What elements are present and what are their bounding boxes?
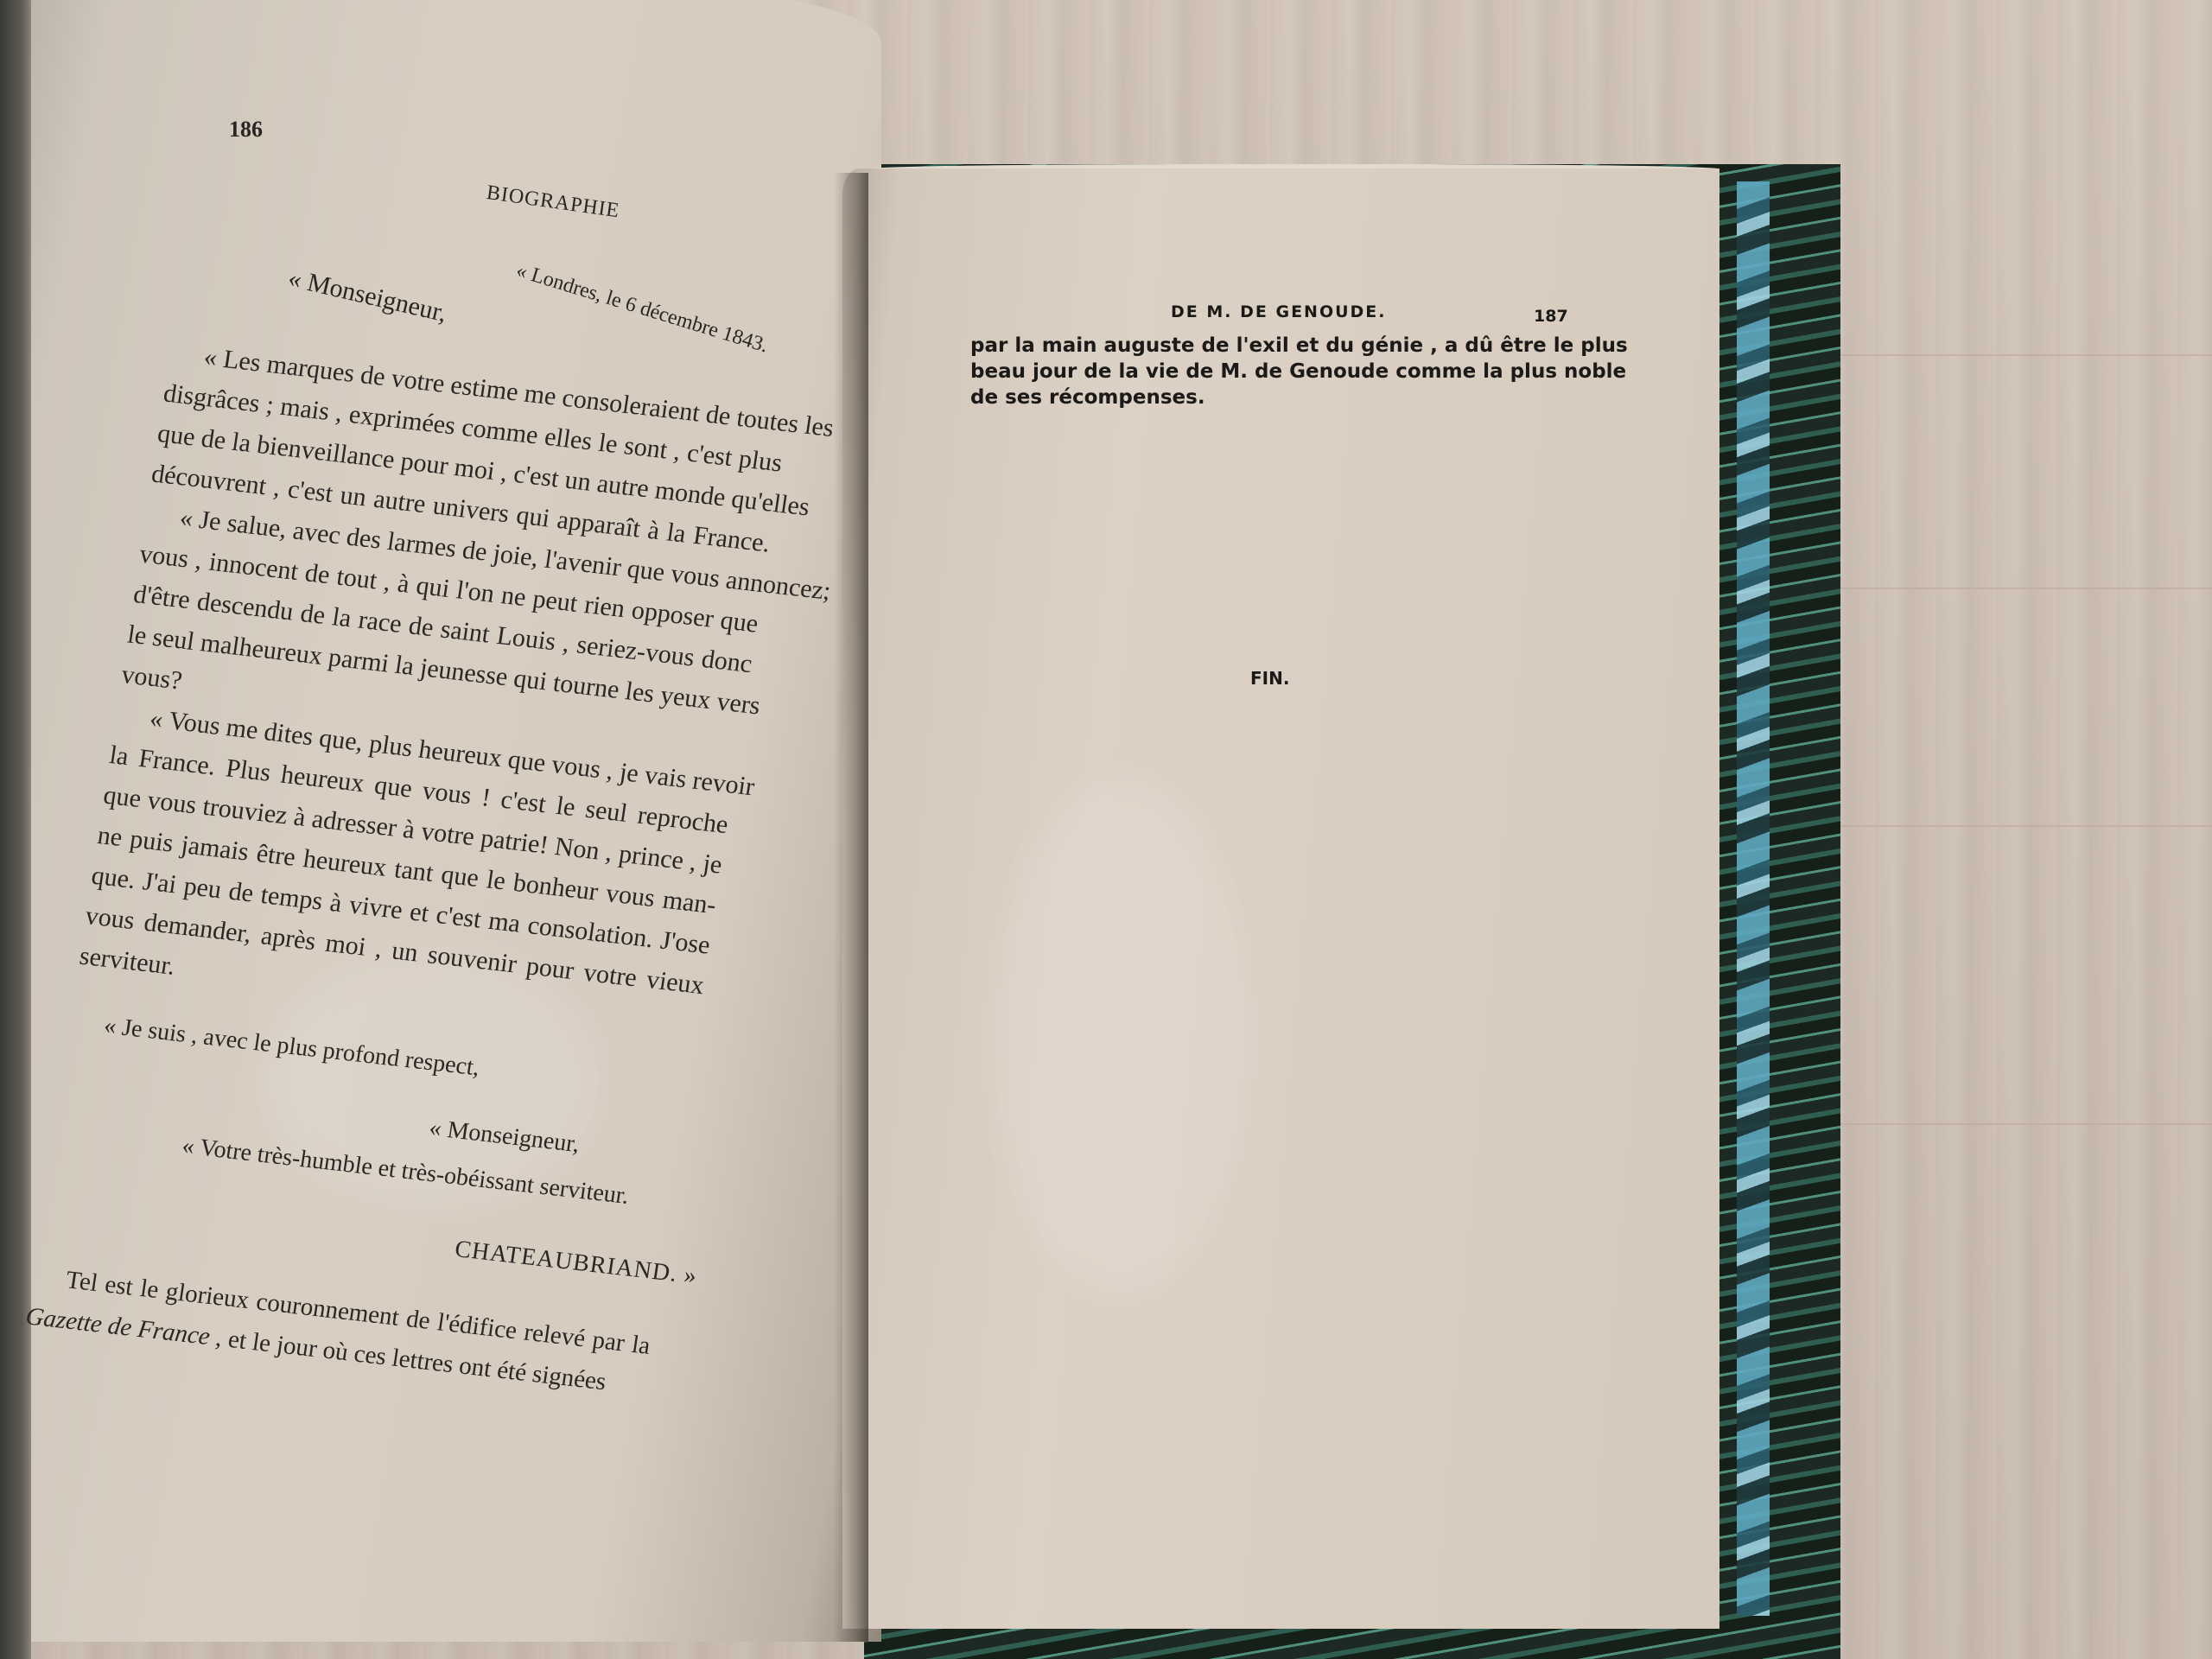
left-page-number: 186 <box>229 117 263 143</box>
right-page-body: par la main auguste de l'exil et du géni… <box>970 333 1567 410</box>
marbled-endpaper-edge <box>1737 181 1770 1616</box>
left-cover-edge <box>0 0 31 1659</box>
right-page-number: 187 <box>1534 307 1568 326</box>
text-line: beau jour de la vie de M. de Genoude com… <box>970 359 1567 385</box>
text-line: par la main auguste de l'exil et du géni… <box>970 333 1567 359</box>
end-mark: FIN. <box>1250 668 1289 689</box>
right-running-head: DE M. DE GENOUDE. <box>1171 302 1387 321</box>
text-line: de ses récompenses. <box>970 385 1567 410</box>
page-stain <box>994 778 1253 1296</box>
book-gutter <box>834 173 868 1642</box>
